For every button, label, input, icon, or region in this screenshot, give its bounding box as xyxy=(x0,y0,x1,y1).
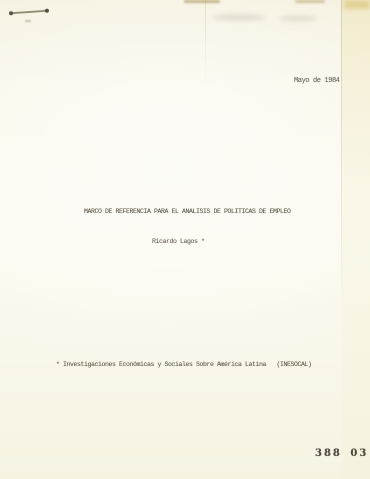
corner-stain xyxy=(344,0,370,9)
archive-number-stamp: 388 03 xyxy=(315,448,368,459)
page-edge-line xyxy=(341,0,342,310)
footnote-line: * Investigaciones Económicas y Sociales … xyxy=(56,361,312,368)
scan-smudge xyxy=(184,0,220,3)
scan-smudge xyxy=(295,0,325,3)
paper-crease xyxy=(205,0,206,85)
document-title: MARCO DE REFERENCIA PARA EL ANALISIS DE … xyxy=(84,208,291,215)
page-edge-tint xyxy=(342,0,370,479)
date-line: Mayo de 1984 xyxy=(294,77,340,85)
scanned-document-page: Mayo de 1984 MARCO DE REFERENCIA PARA EL… xyxy=(0,0,370,479)
author-line: Ricardo Lagos * xyxy=(152,238,205,245)
staple-mark-icon xyxy=(11,10,47,15)
staple-shadow xyxy=(25,20,31,22)
scan-smudge xyxy=(213,14,265,21)
scan-smudge xyxy=(279,15,317,22)
